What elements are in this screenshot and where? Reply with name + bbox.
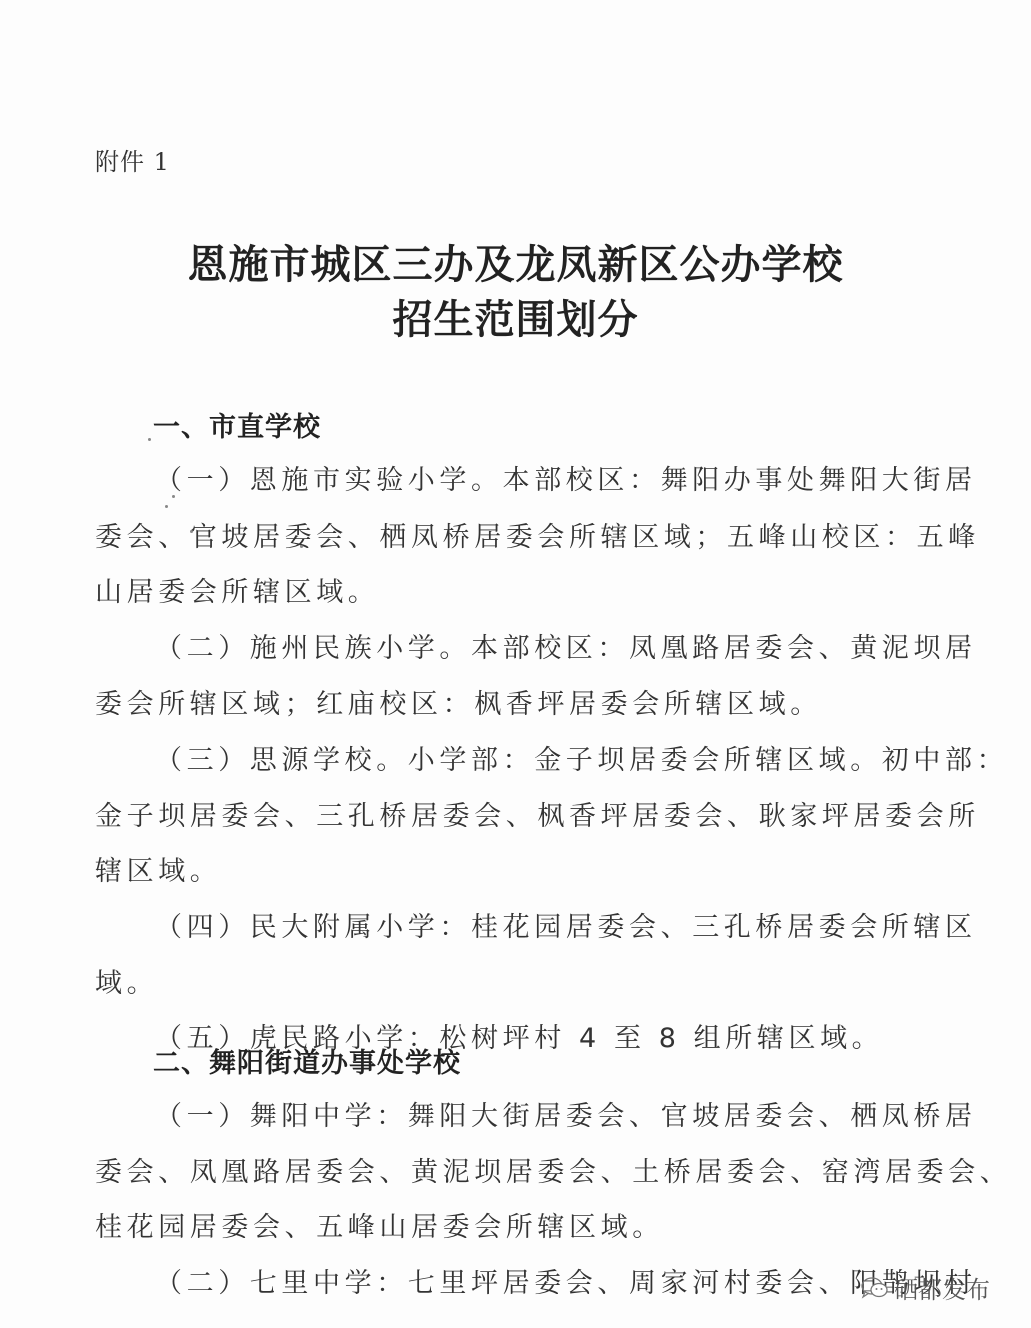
document-title-line1: 恩施市城区三办及龙凤新区公办学校	[0, 233, 1031, 290]
wechat-icon	[860, 1276, 890, 1300]
paragraph-line: （一）恩施市实验小学。本部校区：舞阳办事处舞阳大街居	[155, 458, 977, 497]
paragraph-line: （一）舞阳中学：舞阳大街居委会、官坡居委会、栖凤桥居	[155, 1094, 977, 1133]
document-title-line2: 招生范围划分	[0, 288, 1031, 345]
section-heading-1: 一、市直学校	[153, 405, 321, 444]
paragraph-line: （二）施州民族小学。本部校区：凤凰路居委会、黄泥坝居	[155, 626, 977, 665]
watermark: 硒都发布	[860, 1270, 990, 1305]
paragraph-line: （四）民大附属小学：桂花园居委会、三孔桥居委会所辖区	[155, 905, 977, 944]
paragraph-line: 山居委会所辖区域。	[95, 570, 379, 609]
paragraph-line: 委会、官坡居委会、栖凤桥居委会所辖区域；五峰山校区：五峰	[95, 515, 980, 554]
paragraph-line: （三）思源学校。小学部：金子坝居委会所辖区域。初中部：	[155, 738, 1008, 777]
paragraph-line: 委会、凤凰路居委会、黄泥坝居委会、土桥居委会、窑湾居委会、	[95, 1150, 1011, 1189]
paragraph-line: 金子坝居委会、三孔桥居委会、枫香坪居委会、耿家坪居委会所	[95, 794, 980, 833]
section-heading-2: 二、舞阳街道办事处学校	[153, 1041, 461, 1080]
paragraph-line: 委会所辖区域；红庙校区：枫香坪居委会所辖区域。	[95, 682, 822, 721]
scan-speck	[148, 438, 151, 441]
scan-speck	[172, 495, 175, 498]
scan-speck	[165, 505, 168, 508]
scan-speck	[190, 530, 193, 533]
document-page: 附件 1 恩施市城区三办及龙凤新区公办学校 招生范围划分 一、市直学校 （一）恩…	[0, 0, 1031, 1328]
watermark-text: 硒都发布	[894, 1270, 990, 1305]
paragraph-line: 桂花园居委会、五峰山居委会所辖区域。	[95, 1205, 664, 1244]
paragraph-line: 域。	[95, 961, 158, 1000]
paragraph-line: 辖区域。	[95, 849, 221, 888]
attachment-label: 附件 1	[95, 142, 170, 177]
paragraph-line: （二）七里中学：七里坪居委会、周家河村委会、阳鹊坝村	[155, 1261, 977, 1300]
scan-speck	[300, 545, 303, 548]
